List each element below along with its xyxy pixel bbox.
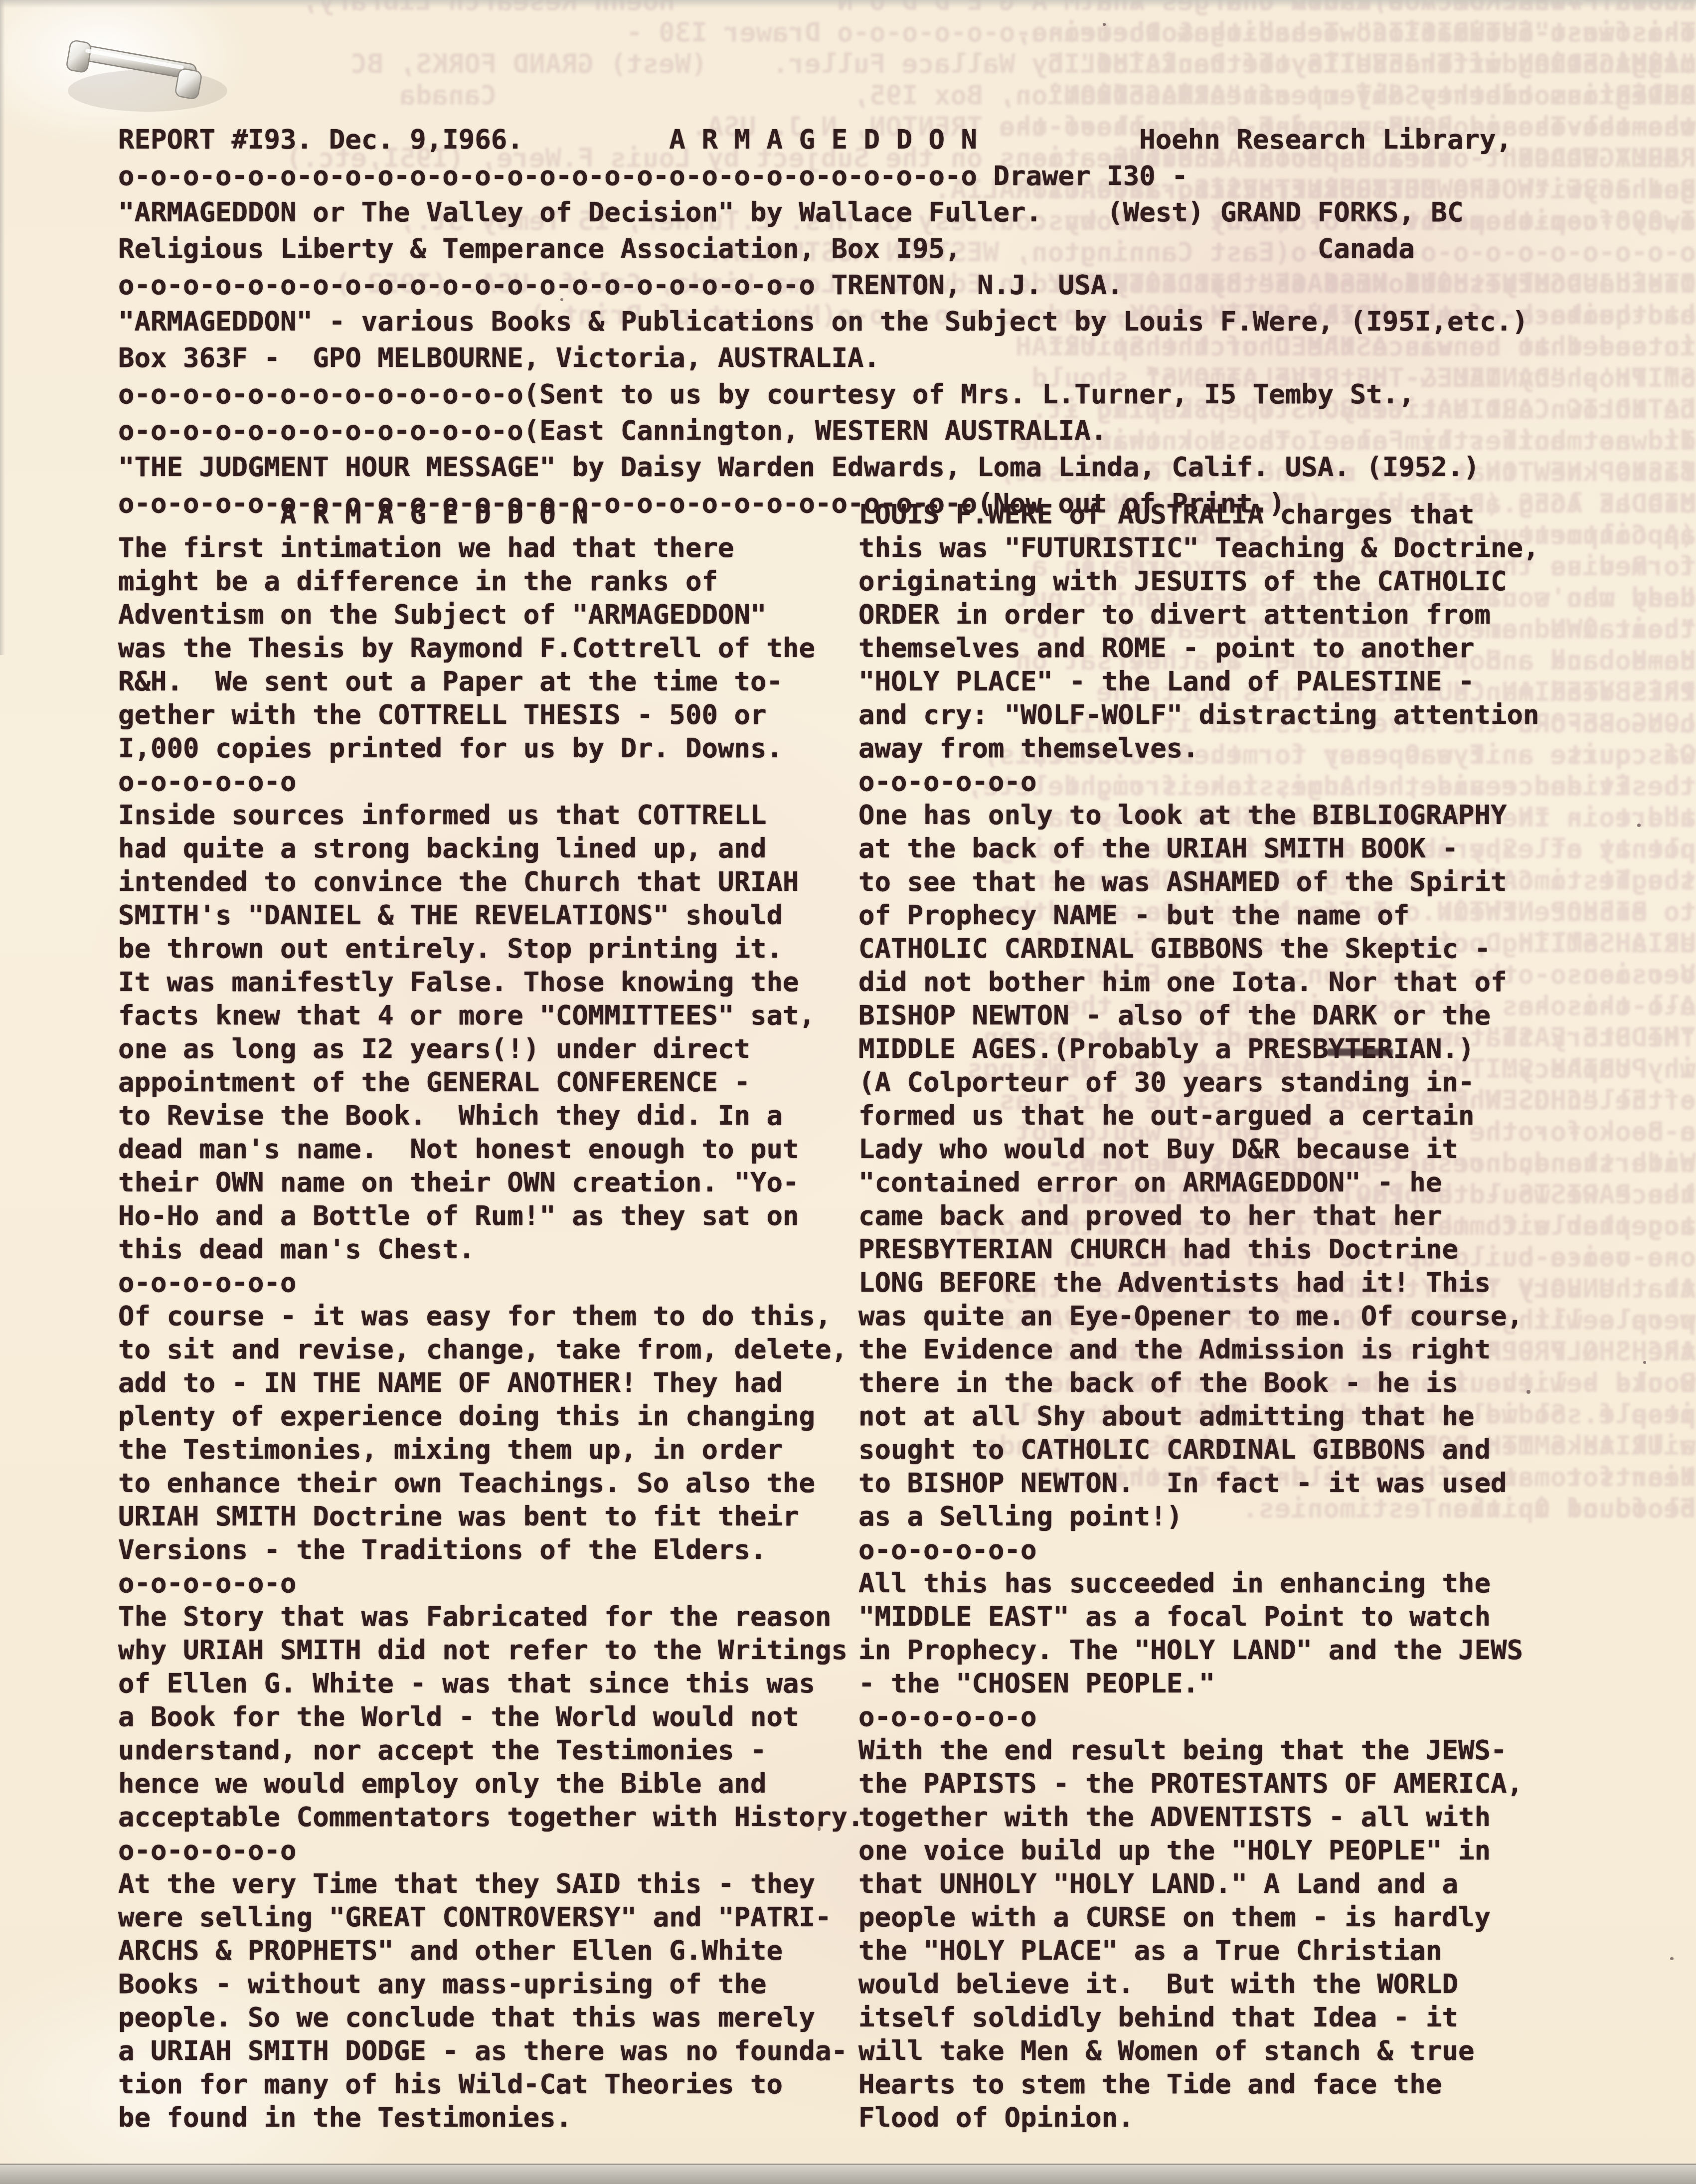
scan-edge-bottom	[0, 2164, 1696, 2184]
right-column-text: LOUIS F.WERE of AUSTRALIA charges that t…	[858, 498, 1539, 2134]
ink-speck	[1103, 23, 1106, 26]
left-column-text: A R M A G E D D O N The first intimation…	[118, 498, 864, 2134]
scan-edge-left	[0, 0, 5, 655]
ink-speck	[1526, 1390, 1530, 1394]
overstrike-mark	[1327, 1048, 1393, 1056]
ink-speck	[818, 1827, 821, 1831]
scan-edge-top	[0, 0, 1696, 8]
report-header: REPORT #I93. Dec. 9,I966. A R M A G E D …	[118, 121, 1528, 521]
ink-speck	[1670, 1957, 1674, 1960]
ink-speck	[1643, 1361, 1646, 1364]
scanned-document-page: REPORT #I93. Dec. 9,I966. A R M A G E D …	[0, 0, 1696, 2184]
ink-speck	[560, 298, 563, 301]
staple-icon	[48, 21, 227, 131]
ink-speck	[1637, 824, 1641, 827]
